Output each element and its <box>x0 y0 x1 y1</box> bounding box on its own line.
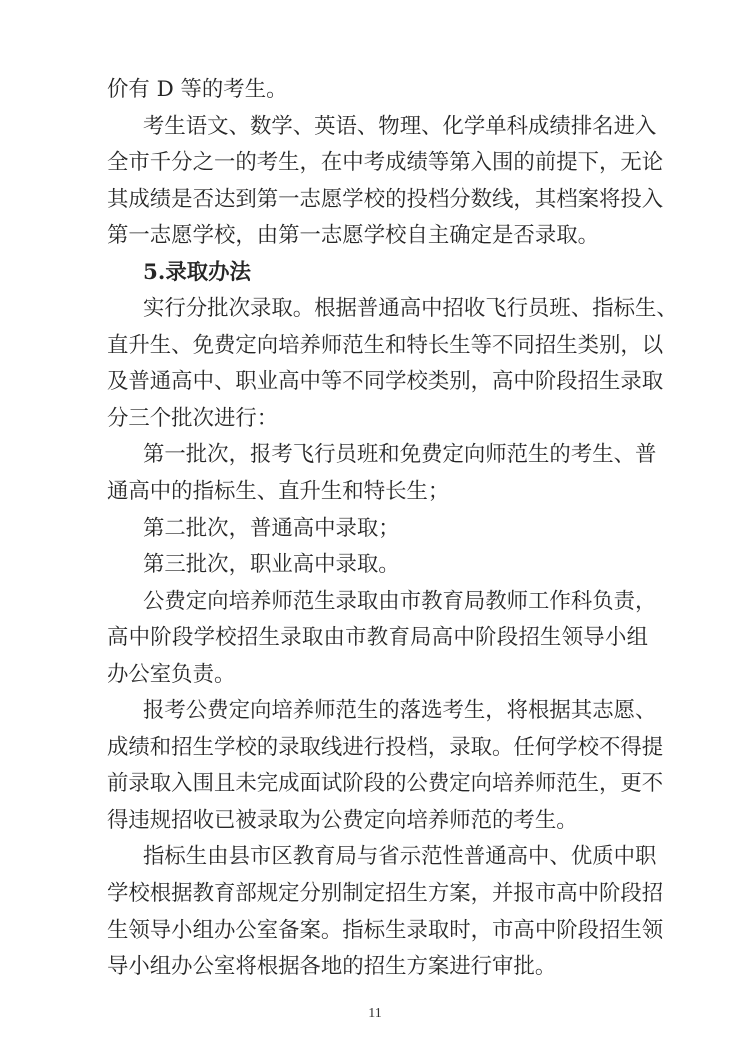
page-number: 11 <box>0 1006 750 1022</box>
paragraph-line: 导小组办公室将根据各地的招生方案进行审批。 <box>107 949 648 986</box>
paragraph-line: 第一志愿学校，由第一志愿学校自主确定是否录取。 <box>107 218 648 255</box>
paragraph-line: 指标生由县市区教育局与省示范性普通高中、优质中职 <box>107 839 648 876</box>
paragraph-line: 其成绩是否达到第一志愿学校的投档分数线，其档案将投入 <box>107 182 648 219</box>
paragraph-line: 第三批次，职业高中录取。 <box>107 547 648 584</box>
section-heading: 5.录取办法 <box>107 255 648 292</box>
paragraph-line: 生领导小组办公室备案。指标生录取时，市高中阶段招生领 <box>107 913 648 950</box>
paragraph-line: 第一批次，报考飞行员班和免费定向师范生的考生、普 <box>107 437 648 474</box>
paragraph-line: 公费定向培养师范生录取由市教育局教师工作科负责， <box>107 584 648 621</box>
paragraph-line: 及普通高中、职业高中等不同学校类别，高中阶段招生录取 <box>107 364 648 401</box>
paragraph-line: 价有 D 等的考生。 <box>107 72 648 109</box>
document-body: 价有 D 等的考生。 考生语文、数学、英语、物理、化学单科成绩排名进入 全市千分… <box>107 72 648 986</box>
paragraph-line: 通高中的指标生、直升生和特长生； <box>107 474 648 511</box>
paragraph-line: 第二批次，普通高中录取； <box>107 511 648 548</box>
paragraph-line: 报考公费定向培养师范生的落选考生，将根据其志愿、 <box>107 693 648 730</box>
paragraph-line: 办公室负责。 <box>107 657 648 694</box>
paragraph-line: 分三个批次进行： <box>107 401 648 438</box>
paragraph-line: 成绩和招生学校的录取线进行投档，录取。任何学校不得提 <box>107 730 648 767</box>
paragraph-line: 实行分批次录取。根据普通高中招收飞行员班、指标生、 <box>107 291 648 328</box>
paragraph-line: 学校根据教育部规定分别制定招生方案，并报市高中阶段招 <box>107 876 648 913</box>
paragraph-line: 高中阶段学校招生录取由市教育局高中阶段招生领导小组 <box>107 620 648 657</box>
paragraph-line: 得违规招收已被录取为公费定向培养师范的考生。 <box>107 803 648 840</box>
paragraph-line: 前录取入围且未完成面试阶段的公费定向培养师范生，更不 <box>107 766 648 803</box>
paragraph-line: 直升生、免费定向培养师范生和特长生等不同招生类别，以 <box>107 328 648 365</box>
paragraph-line: 考生语文、数学、英语、物理、化学单科成绩排名进入 <box>107 109 648 146</box>
paragraph-line: 全市千分之一的考生，在中考成绩等第入围的前提下，无论 <box>107 145 648 182</box>
document-page: 价有 D 等的考生。 考生语文、数学、英语、物理、化学单科成绩排名进入 全市千分… <box>0 0 750 1060</box>
